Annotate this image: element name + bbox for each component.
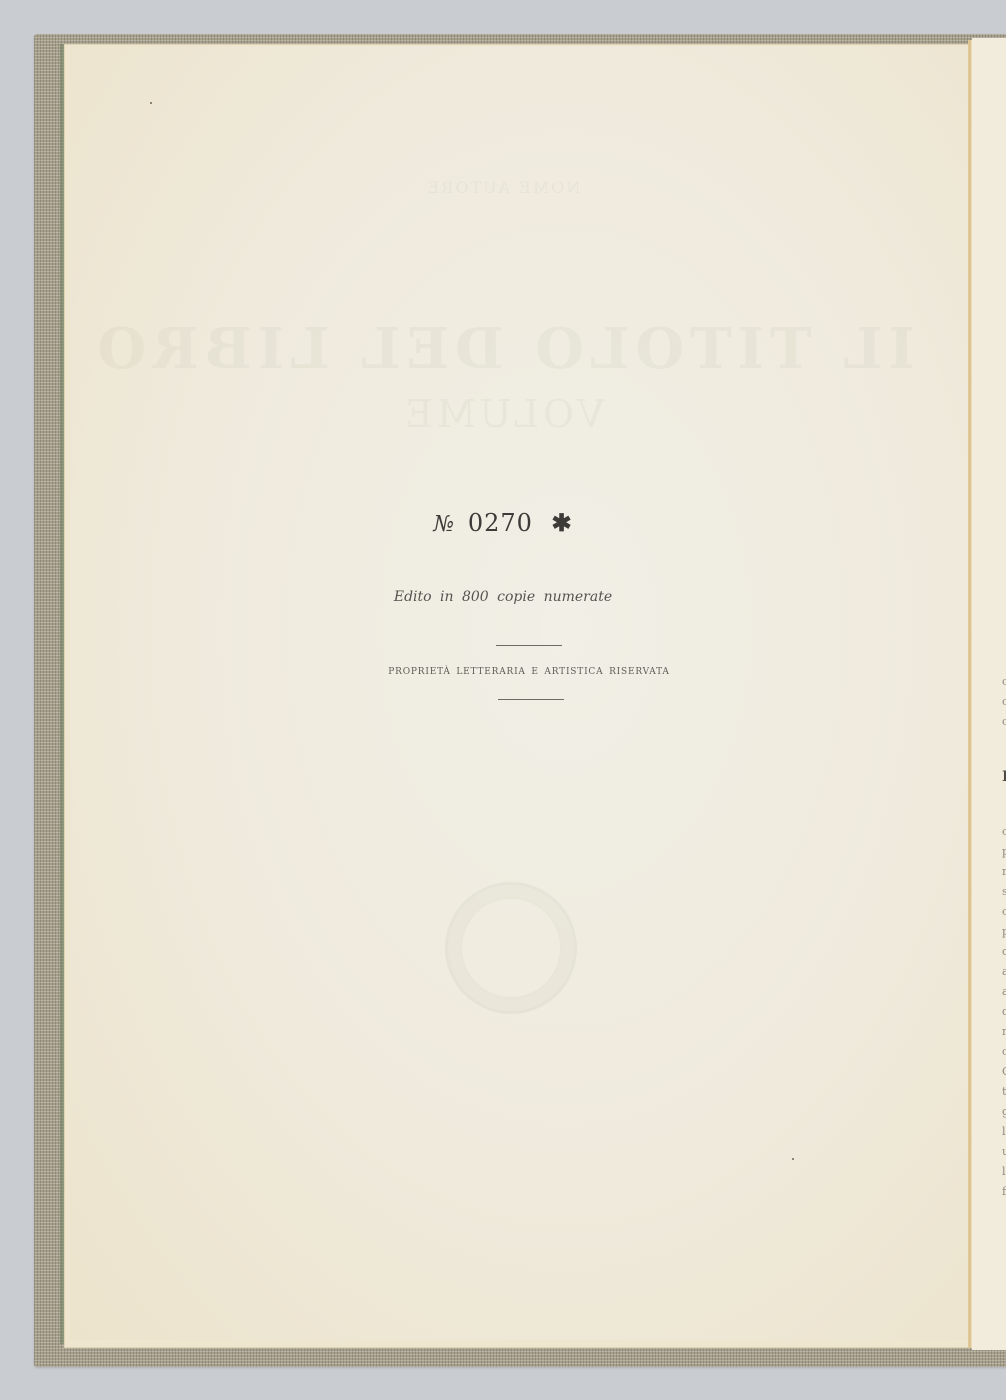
next-page-glyph: s	[1002, 886, 1006, 897]
asterisk-mark-icon: ✱	[552, 508, 573, 537]
next-page-glyph: I	[1002, 770, 1006, 784]
book-page	[70, 46, 970, 1340]
next-page-edge: cccIcprscpdaadnoCtglulf	[972, 38, 1006, 1350]
page-gutter-fold	[968, 40, 972, 1348]
next-page-glyph: a	[1002, 986, 1006, 997]
paper-speck	[792, 1158, 794, 1160]
copy-number-value: 0270	[468, 509, 533, 537]
next-page-glyph: a	[1002, 966, 1006, 977]
paper-speck	[150, 102, 152, 104]
next-page-glyph: u	[1002, 1146, 1006, 1157]
next-page-glyph: p	[1002, 846, 1006, 857]
rights-notice: PROPRIETÀ LETTERARIA E ARTISTICA RISERVA…	[0, 667, 1006, 677]
edition-note: Edito in 800 copie numerate	[0, 589, 1006, 605]
next-page-glyph: d	[1002, 1006, 1006, 1017]
next-page-glyph: c	[1002, 826, 1006, 837]
embossed-library-seal	[445, 882, 577, 1014]
next-page-glyph: r	[1002, 866, 1006, 877]
divider-rule-top	[496, 645, 562, 646]
next-page-glyph: C	[1002, 1066, 1006, 1077]
next-page-glyph: f	[1002, 1186, 1006, 1197]
numero-sign: №	[433, 512, 455, 537]
next-page-glyph: c	[1002, 906, 1006, 917]
next-page-glyph: c	[1002, 696, 1006, 707]
next-page-glyph: c	[1002, 676, 1006, 687]
divider-rule-bottom	[498, 699, 564, 700]
next-page-glyph: n	[1002, 1026, 1006, 1037]
next-page-glyph: p	[1002, 926, 1006, 937]
next-page-glyph: l	[1002, 1126, 1006, 1137]
next-page-glyph: o	[1002, 1046, 1006, 1057]
next-page-glyph: t	[1002, 1086, 1006, 1097]
copy-number: № 0270 ✱	[0, 508, 1006, 537]
next-page-glyph: d	[1002, 946, 1006, 957]
next-page-glyph: g	[1002, 1106, 1006, 1117]
next-page-glyph: c	[1002, 716, 1006, 727]
next-page-glyph: l	[1002, 1166, 1006, 1177]
